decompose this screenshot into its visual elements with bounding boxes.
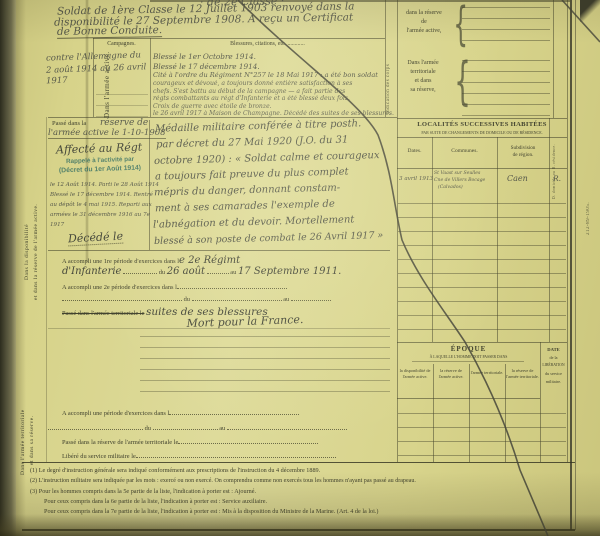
passe-reserve-hw-1: réserve de: [100, 118, 148, 128]
passe-reserve-printed: Passé dans la: [52, 120, 86, 127]
territorial-group-label-3: sa réserve,: [398, 87, 448, 93]
blessure-1: Blessé le 17 décembre 1914.: [153, 62, 260, 71]
campaigns-header: Campagnes.: [93, 41, 150, 47]
periode2-du-label: du: [184, 296, 190, 303]
citation-box-bottom-border: [48, 250, 390, 251]
reserve-group-label-1: de: [400, 19, 448, 25]
campaigns-blank-rules: [96, 84, 148, 117]
epoque-col3-label: l'armée territoriale.: [470, 370, 504, 376]
mobilisation-3: armées le 31 décembre 1916 au 7e: [50, 212, 150, 218]
campaigns-left-border: [93, 38, 94, 117]
localites-col-subdivision-1: Subdivision: [497, 145, 549, 151]
left-dark-edge: [0, 0, 16, 536]
localites-top-border: [397, 118, 567, 119]
citation-box-left-border: [149, 120, 150, 250]
epoque-date-col-3: du service: [540, 371, 567, 376]
campaign-entry-1: 2 août 1914 au 26 avril: [46, 62, 147, 75]
blessures-header: Blessures, citations, etc. ............: [155, 41, 380, 47]
terr-passe-reserve-line: Passé dans la réserve de l'armée territo…: [62, 437, 318, 446]
localites-row1-commune-1: St Vaast sur Seulles: [434, 171, 480, 176]
blessure-6: Croix de guerre avec étoile de bronze.: [153, 103, 272, 110]
band1-right-narrow-divider: [553, 0, 554, 118]
citation-3: a toujours fait preuve du plus complet: [155, 166, 349, 182]
reserve-group-label-0: dans la réserve: [400, 10, 448, 16]
periode1-printed: A accompli une 1re période d'exercices d…: [62, 258, 179, 265]
localites-col-dates: Dates.: [397, 148, 432, 154]
localites-empty-rows: [398, 190, 566, 342]
localites-subtitle: PAR SUITE DE CHANGEMENTS DE DOMICILE OU …: [397, 130, 567, 135]
epoque-col4-label: la réserve de l'armée territoriale.: [506, 368, 539, 379]
localites-row1-subdivision: Caen: [507, 174, 528, 183]
territorial-group-label-1: territoriale: [398, 69, 448, 75]
blessure-5: régts combattants au régt d'Infanterie e…: [153, 95, 350, 102]
top-right-corner-shadow: [580, 0, 600, 22]
margin-label-dispo-2: et dans la réserve de l'armée active.: [33, 140, 39, 300]
terr-au-label: au: [219, 425, 225, 432]
terr-du-label: du: [145, 425, 151, 432]
services-line-3: de Bonne Conduite.: [57, 24, 162, 39]
periode2-line: A accompli une 2e période d'exercices da…: [62, 282, 287, 291]
epoque-date-col-0: DATE: [540, 347, 567, 352]
blessure-7: le 26 avril 1917 à Maison de Champagne. …: [153, 110, 394, 117]
passe-reserve-hw-2: l'armée active le 1-10-1908: [48, 128, 166, 139]
localites-col-subdivision-2: de région.: [497, 152, 549, 158]
citation-1: par décret du 27 Mai 1920 (J.O. du 31: [156, 134, 349, 150]
blessure-3: courageux et dévoué, a toujours donné en…: [153, 80, 352, 87]
citation-4: mépris du danger, donnant constam-: [154, 183, 340, 199]
epoque-top-border: [397, 342, 567, 343]
reserve-group-rules: [462, 0, 550, 45]
localites-title-underline: [397, 137, 567, 138]
military-record-photo: Dans l'armée active. · de 2e Classe · So…: [0, 0, 600, 536]
epoque-date-col-1: de la: [540, 355, 567, 360]
mobilisation-1: Blessé le 17 décembre 1914. Rentré: [50, 192, 153, 198]
periode1-au-label: au: [230, 269, 236, 276]
periode1-hw-regiment: e 2e Régimt: [179, 255, 240, 266]
footnote-2: (2) L'instruction militaire sera indiqué…: [30, 478, 575, 484]
epoque-date-col-2: LIBÉRATION: [540, 363, 567, 367]
periode2-printed: A accompli une 2e période d'exercices da…: [62, 284, 177, 291]
epoque-empty-rows: [398, 400, 566, 460]
margin-label-dispo-1: Dans la disponibilité: [24, 150, 30, 280]
territorial-group-rules: [462, 50, 550, 117]
bottom-shadow: [0, 514, 600, 536]
footnote-1: (1) Le degré d'instruction générale sera…: [30, 467, 570, 474]
citation-5: ment à ses camarades l'exemple de: [155, 199, 335, 215]
footnote-3: (3) Pour les hommes compris dans la 5e p…: [30, 488, 570, 495]
epoque-header-underline: [397, 398, 540, 399]
periode2-au-label: au: [283, 296, 289, 303]
localites-row1-commune-2: Cne de Villers Bocage: [434, 178, 485, 183]
epoque-title: ÉPOQUE: [397, 345, 540, 353]
affecte-regiment-hw: Affecté au Régt: [56, 140, 143, 156]
periode2-line2: du au: [62, 294, 331, 303]
rappele-stamp-line-2: (Décret du 1er Août 1914): [48, 164, 152, 175]
blessure-0: Blessé le 1er Octobre 1914.: [153, 52, 256, 61]
localites-row1-dr: R.: [553, 174, 561, 183]
band2-left-border: [46, 117, 47, 462]
periode1-hw-infanterie: d'Infanterie: [62, 266, 121, 277]
epoque-col2-label: la réserve de l'armée active.: [434, 368, 468, 379]
mobilisation-4: 1917: [50, 222, 64, 228]
citation-6: l'abnégation et du devoir. Mortellement: [153, 214, 355, 230]
margin-label-terr-2: et dans sa réserve.: [29, 365, 35, 465]
band3-blank-rules: [140, 326, 390, 398]
terr-passe-reserve-printed: Passé dans la réserve de l'armée territo…: [62, 439, 178, 446]
form-number: 212-89-1905.: [586, 130, 591, 235]
terr-periode-line: A accompli une période d'exercices dans …: [62, 408, 299, 417]
corps-strip-label: Indication des corps: [386, 6, 391, 114]
citation-0: Médaille militaire conférée à titre post…: [155, 118, 361, 134]
territorial-group-label-2: et dans: [398, 78, 448, 84]
blessure-4: chefs. S'est battu au début de la campag…: [153, 88, 345, 95]
territorial-group-label-0: Dans l'armée: [398, 60, 448, 66]
terr-libere-printed: Libéré du service militaire le: [62, 453, 136, 460]
decede-hw: Décédé le: [68, 230, 124, 247]
localites-col-communes: Communes.: [432, 148, 497, 154]
mobilisation-2: au dépôt le 4 mai 1915. Reparti aux: [50, 202, 152, 208]
passe-territoriale-printed: Passé dans l'armée territoriale le: [62, 310, 144, 317]
terr-periode-printed: A accompli une période d'exercices dans …: [62, 410, 169, 417]
periode1-hw-du: 26 août: [167, 266, 205, 277]
epoque-col1-label: la disponibilité de l'armée active.: [398, 368, 432, 379]
epoque-date-col-4: militaire.: [540, 379, 567, 384]
periode1-du-label: du: [159, 269, 165, 276]
citation-2: octobre 1920) : « Soldat calme et courag…: [154, 150, 380, 167]
mobilisation-0: le 12 Août 1914. Parti le 28 Août 1914: [50, 182, 159, 188]
localites-header-underline: [397, 168, 567, 169]
campaign-entry-2: 1917: [46, 76, 68, 87]
localites-title: LOCALITÉS SUCCESSIVES HABITÉES: [397, 121, 567, 128]
epoque-subtitle-underline: [412, 361, 524, 362]
periode1-line: A accompli une 1re période d'exercices d…: [62, 255, 240, 266]
terr-libere-line: Libéré du service militaire le: [62, 451, 336, 460]
epoque-subtitle: À LAQUELLE L'HOMME DOIT PASSER DANS: [397, 355, 540, 359]
page-right-border-2: [575, 0, 576, 530]
page-right-border: [570, 0, 572, 530]
localites-row1-date: 3 avril 1913: [399, 176, 433, 182]
campaign-entry-0: contre l'Allemagne du: [46, 50, 141, 63]
terr-periode-line2: du au: [48, 423, 347, 432]
margin-label-terr-1: Dans l'armée territoriale: [20, 355, 26, 475]
blessure-2: Cité à l'ordre du Régiment N°257 le 18 M…: [153, 71, 378, 79]
periode1-hw-au: 17 Septembre 1911.: [238, 266, 341, 277]
periode1-line2: d'Infanterie du 26 août au 17 Septembre …: [62, 266, 341, 277]
localites-right-border: [567, 0, 568, 462]
campaigns-top-border: [93, 38, 385, 39]
citation-7: blessé à son poste de combat le 26 Avril…: [154, 230, 384, 247]
campaigns-divider: [150, 38, 151, 117]
reserve-group-label-2: l'armée active,: [400, 28, 448, 34]
footnote-4: Pour ceux compris dans la 6e partie de l…: [44, 498, 574, 505]
